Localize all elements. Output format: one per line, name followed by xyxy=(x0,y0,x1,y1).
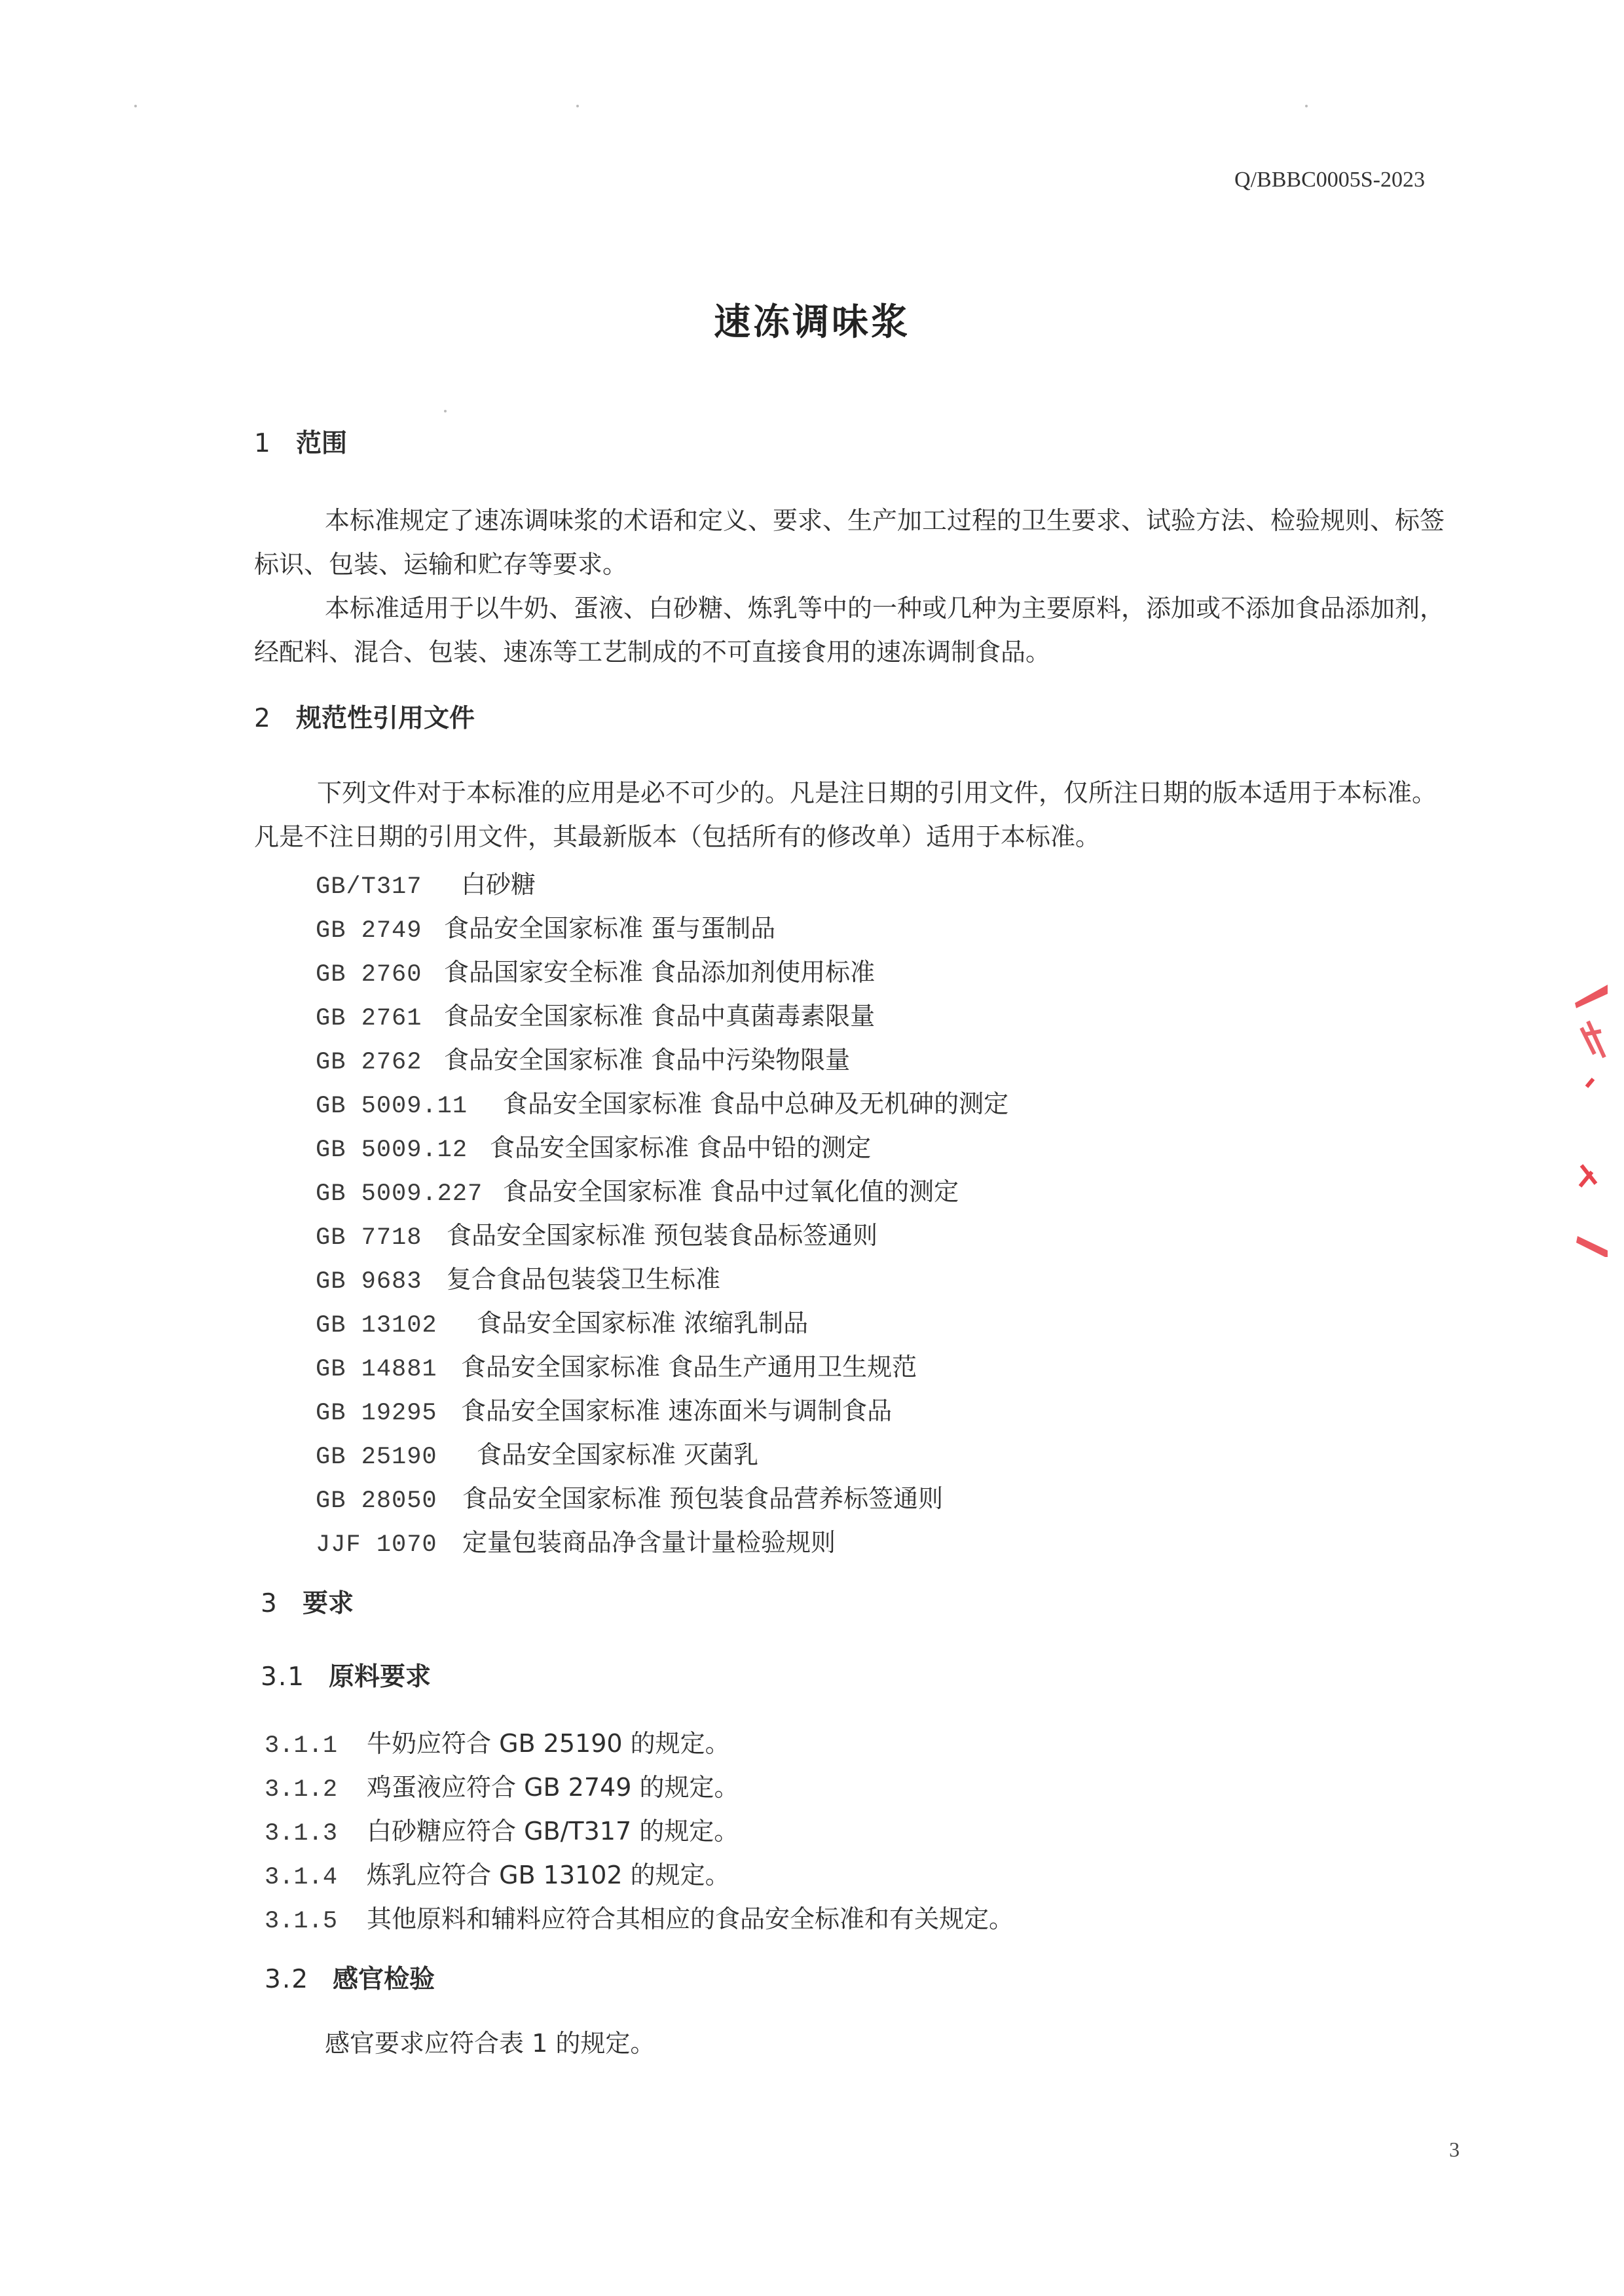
reference-item: GB 5009.11食品安全国家标准 食品中总砷及无机砷的测定 xyxy=(316,1084,1008,1120)
section-1-heading: 1范围 xyxy=(254,423,347,460)
reference-title: 食品安全国家标准 食品中铅的测定 xyxy=(490,1133,871,1162)
requirement-item: 3.1.5其他原料和辅料应符合其相应的食品安全标准和有关规定。 xyxy=(265,1899,1014,1935)
reference-item: GB 28050食品安全国家标准 预包装食品营养标签通则 xyxy=(316,1478,943,1515)
scan-speck xyxy=(576,105,579,107)
reference-code: GB/T317 xyxy=(316,873,461,901)
reference-item: GB 13102食品安全国家标准 浓缩乳制品 xyxy=(316,1303,808,1339)
reference-code: GB 2762 xyxy=(316,1049,444,1076)
section-title: 感官检验 xyxy=(333,1965,435,1994)
reference-item: GB 5009.12食品安全国家标准 食品中铅的测定 xyxy=(316,1127,871,1164)
page-number: 3 xyxy=(1449,2138,1460,2162)
reference-title: 复合食品包装袋卫生标准 xyxy=(447,1265,720,1294)
reference-item: GB 2762食品安全国家标准 食品中污染物限量 xyxy=(316,1040,850,1076)
reference-code: GB 2760 xyxy=(316,961,444,989)
section-2-heading: 2规范性引用文件 xyxy=(254,698,475,735)
reference-title: 定量包装商品净含量计量检验规则 xyxy=(462,1528,836,1557)
reference-title: 食品安全国家标准 速冻面米与调制食品 xyxy=(461,1396,892,1425)
reference-title: 食品安全国家标准 食品生产通用卫生规范 xyxy=(461,1353,917,1381)
reference-title: 白砂糖 xyxy=(461,870,536,899)
section-3-2-heading: 3.2感官检验 xyxy=(265,1959,435,1995)
scan-speck xyxy=(1305,105,1308,107)
reference-item: GB 19295食品安全国家标准 速冻面米与调制食品 xyxy=(316,1391,892,1427)
section-number: 3.1 xyxy=(261,1662,329,1692)
section-title: 要求 xyxy=(303,1589,354,1618)
reference-item: GB 9683复合食品包装袋卫生标准 xyxy=(316,1259,720,1296)
item-number: 3.1.2 xyxy=(265,1776,367,1804)
reference-item: GB 14881食品安全国家标准 食品生产通用卫生规范 xyxy=(316,1347,917,1383)
reference-code: GB 7718 xyxy=(316,1224,447,1252)
reference-title: 食品安全国家标准 食品中总砷及无机砷的测定 xyxy=(503,1089,1008,1118)
reference-code: GB 2749 xyxy=(316,917,444,945)
item-text: 牛奶应符合 GB 25190 的规定。 xyxy=(367,1729,730,1758)
reference-code: GB 28050 xyxy=(316,1487,462,1515)
item-number: 3.1.1 xyxy=(265,1732,367,1760)
reference-title: 食品安全国家标准 预包装食品标签通则 xyxy=(447,1221,877,1250)
reference-title: 食品国家安全标准 食品添加剂使用标准 xyxy=(444,958,875,987)
section-title: 规范性引用文件 xyxy=(296,704,475,733)
reference-item: GB 2761食品安全国家标准 食品中真菌毒素限量 xyxy=(316,996,875,1032)
scan-speck xyxy=(134,105,137,107)
document-title: 速冻调味浆 xyxy=(0,293,1624,346)
reference-code: GB 5009.11 xyxy=(316,1093,503,1120)
section-title: 范围 xyxy=(296,429,347,458)
section-title: 原料要求 xyxy=(329,1662,431,1692)
reference-item: GB 2749食品安全国家标准 蛋与蛋制品 xyxy=(316,908,775,945)
reference-code: GB 5009.227 xyxy=(316,1180,503,1208)
reference-item: GB 5009.227食品安全国家标准 食品中过氧化值的测定 xyxy=(316,1171,959,1208)
reference-item: GB/T317白砂糖 xyxy=(316,864,536,901)
reference-item: GB 2760食品国家安全标准 食品添加剂使用标准 xyxy=(316,952,875,989)
reference-item: GB 25190食品安全国家标准 灭菌乳 xyxy=(316,1434,758,1471)
section-number: 1 xyxy=(254,429,296,458)
reference-code: GB 9683 xyxy=(316,1268,447,1296)
scope-paragraph-2: 本标准适用于以牛奶、蛋液、白砂糖、炼乳等中的一种或几种为主要原料，添加或不添加食… xyxy=(254,587,1460,674)
reference-title: 食品安全国家标准 食品中污染物限量 xyxy=(444,1046,850,1074)
item-text: 炼乳应符合 GB 13102 的规定。 xyxy=(367,1861,730,1889)
requirement-item: 3.1.1牛奶应符合 GB 25190 的规定。 xyxy=(265,1723,730,1760)
section-3-1-heading: 3.1原料要求 xyxy=(261,1656,431,1693)
reference-code: GB 5009.12 xyxy=(316,1137,490,1164)
references-intro: 下列文件对于本标准的应用是必不可少的。凡是注日期的引用文件，仅所注日期的版本适用… xyxy=(254,771,1460,859)
section-number: 3.2 xyxy=(265,1965,333,1994)
reference-title: 食品安全国家标准 蛋与蛋制品 xyxy=(444,914,775,943)
item-number: 3.1.4 xyxy=(265,1864,367,1891)
item-text: 鸡蛋液应符合 GB 2749 的规定。 xyxy=(367,1773,739,1802)
requirement-item: 3.1.3白砂糖应符合 GB/T317 的规定。 xyxy=(265,1811,739,1848)
standard-code: Q/BBBC0005S-2023 xyxy=(1234,168,1425,192)
reference-code: JJF 1070 xyxy=(316,1531,462,1559)
item-number: 3.1.5 xyxy=(265,1908,367,1935)
reference-code: GB 13102 xyxy=(316,1312,477,1339)
item-text: 其他原料和辅料应符合其相应的食品安全标准和有关规定。 xyxy=(367,1904,1014,1933)
reference-code: GB 2761 xyxy=(316,1005,444,1032)
requirement-item: 3.1.4炼乳应符合 GB 13102 的规定。 xyxy=(265,1855,730,1891)
reference-code: GB 19295 xyxy=(316,1400,461,1427)
reference-item: GB 7718食品安全国家标准 预包装食品标签通则 xyxy=(316,1215,877,1252)
reference-code: GB 25190 xyxy=(316,1444,477,1471)
requirement-item: 3.1.2鸡蛋液应符合 GB 2749 的规定。 xyxy=(265,1767,739,1804)
item-text: 白砂糖应符合 GB/T317 的规定。 xyxy=(367,1817,739,1846)
reference-title: 食品安全国家标准 预包装食品营养标签通则 xyxy=(462,1484,943,1513)
item-number: 3.1.3 xyxy=(265,1820,367,1848)
reference-title: 食品安全国家标准 灭菌乳 xyxy=(477,1440,758,1469)
sensory-requirement-text: 感官要求应符合表 1 的规定。 xyxy=(325,2022,655,2066)
reference-title: 食品安全国家标准 食品中过氧化值的测定 xyxy=(503,1177,959,1206)
reference-title: 食品安全国家标准 食品中真菌毒素限量 xyxy=(444,1002,875,1030)
reference-item: JJF 1070定量包装商品净含量计量检验规则 xyxy=(316,1522,836,1559)
scope-paragraph-1: 本标准规定了速冻调味浆的术语和定义、要求、生产加工过程的卫生要求、试验方法、检验… xyxy=(254,499,1460,587)
section-3-heading: 3要求 xyxy=(261,1583,354,1620)
seal-stamp-icon xyxy=(1568,975,1621,1257)
reference-code: GB 14881 xyxy=(316,1356,461,1383)
section-number: 2 xyxy=(254,704,296,733)
reference-title: 食品安全国家标准 浓缩乳制品 xyxy=(477,1309,808,1338)
section-number: 3 xyxy=(261,1589,303,1618)
scan-speck xyxy=(444,410,447,412)
